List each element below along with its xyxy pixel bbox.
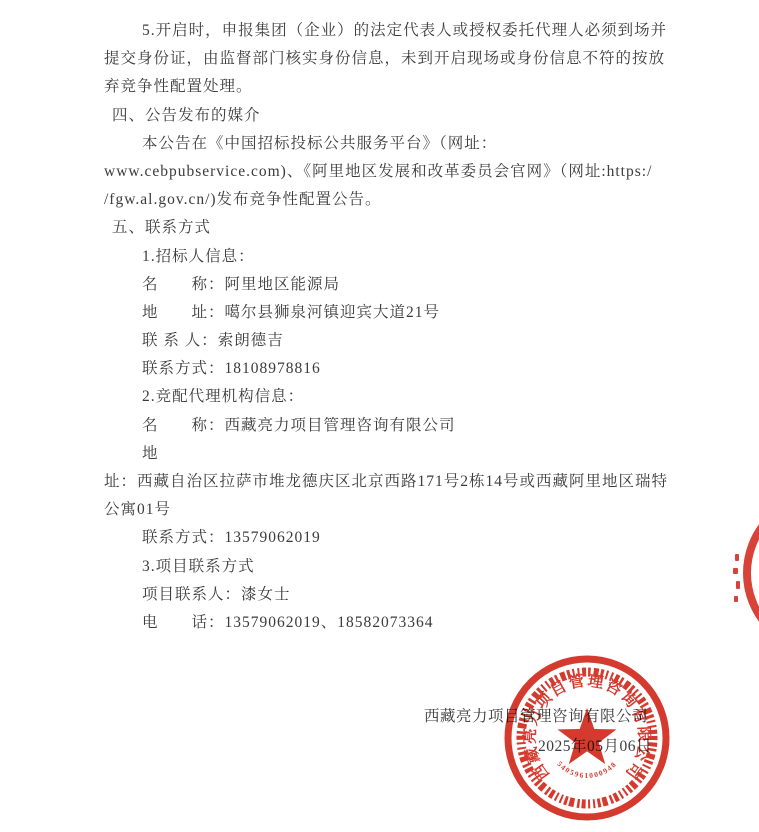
seal-serial-number: 5405961000948 bbox=[555, 759, 618, 780]
document-body: 5.开启时，申报集团（企业）的法定代表人或授权委托代理人必须到场并提交身份证，由… bbox=[104, 17, 679, 637]
edge-stamp-arc bbox=[747, 510, 759, 640]
text-line: 2.竞配代理机构信息： bbox=[104, 383, 679, 411]
text-line: 址：西藏自治区拉萨市堆龙德庆区北京西路171号2栋14号或西藏阿里地区瑞特 bbox=[104, 468, 679, 496]
text-line: 联系方式：13579062019 bbox=[104, 524, 679, 552]
text-line: 四、公告发布的媒介 bbox=[104, 102, 679, 130]
text-line: 地 址：噶尔县狮泉河镇迎宾大道21号 bbox=[104, 299, 679, 327]
text-line: 五、联系方式 bbox=[104, 214, 679, 242]
text-line: 弃竞争性配置处理。 bbox=[104, 73, 679, 101]
edge-stamp-script-marks bbox=[733, 554, 740, 602]
partial-edge-stamp bbox=[725, 510, 759, 640]
text-line: 名 称：西藏亮力项目管理咨询有限公司 bbox=[104, 412, 679, 440]
star-icon bbox=[558, 708, 617, 764]
text-line: 联 系 人：索朗德吉 bbox=[104, 327, 679, 355]
text-line: 1.招标人信息： bbox=[104, 243, 679, 271]
text-line: 5.开启时，申报集团（企业）的法定代表人或授权委托代理人必须到场并 bbox=[104, 17, 679, 45]
text-line: 3.项目联系方式 bbox=[104, 553, 679, 581]
text-line: 公寓01号 bbox=[104, 496, 679, 524]
text-line: 联系方式：18108978816 bbox=[104, 355, 679, 383]
text-line: 名 称：阿里地区能源局 bbox=[104, 271, 679, 299]
text-line: 项目联系人：漆女士 bbox=[104, 581, 679, 609]
text-line: 地 bbox=[104, 440, 679, 468]
text-line: /fgw.al.gov.cn/)发布竞争性配置公告。 bbox=[104, 186, 679, 214]
document-page: 5.开启时，申报集团（企业）的法定代表人或授权委托代理人必须到场并提交身份证，由… bbox=[0, 0, 759, 832]
company-seal-stamp: 西藏亮力项目管理咨询有限公司 5405961000948 bbox=[497, 648, 677, 828]
text-line: 本公告在《中国招标投标公共服务平台》（网址： bbox=[104, 130, 679, 158]
text-line: 电 话：13579062019、18582073364 bbox=[104, 609, 679, 637]
text-line: 提交身份证，由监督部门核实身份信息，未到开启现场或身份信息不符的按放 bbox=[104, 45, 679, 73]
text-line: www.cebpubservice.com)、《阿里地区发展和改革委员会官网》（… bbox=[104, 158, 679, 186]
